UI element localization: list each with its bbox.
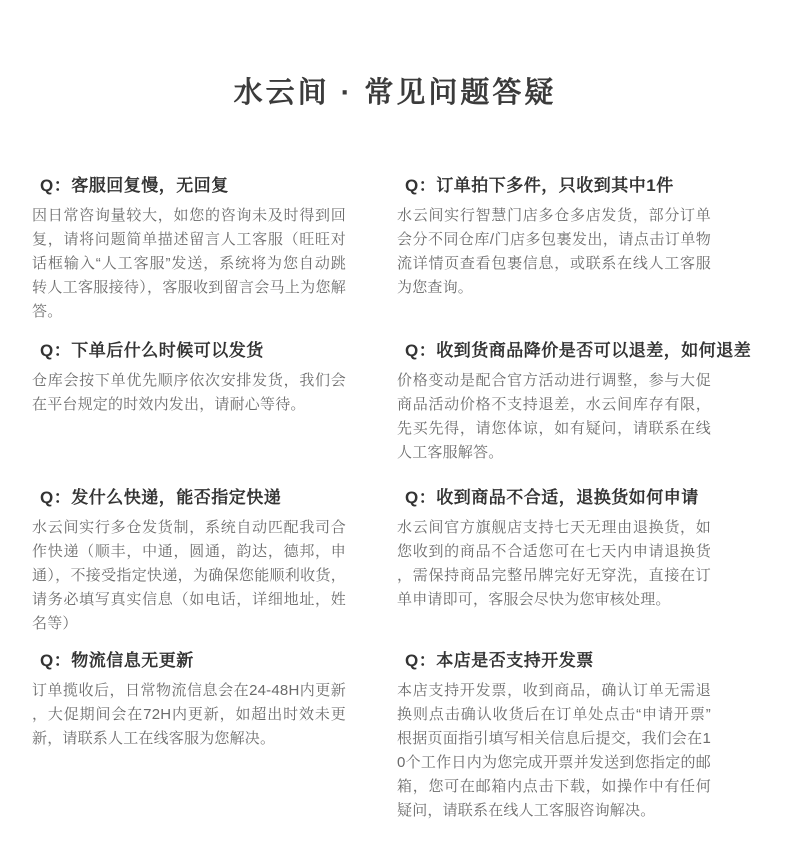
faq-question: Q：收到商品不合适，退换货如何申请	[397, 486, 711, 510]
faq-question-text: 客服回复慢，无回复	[71, 176, 229, 195]
page-title: 水云间 · 常见问题答疑	[0, 76, 790, 110]
q-prefix: Q：	[40, 488, 71, 507]
faq-grid: Q：客服回复慢，无回复 因日常咨询量较大，如您的咨询未及时得到回复，请将问题简单…	[32, 174, 790, 823]
faq-question-text: 本店是否支持开发票	[436, 651, 594, 670]
faq-question-text: 收到商品不合适，退换货如何申请	[436, 488, 699, 507]
faq-answer: 价格变动是配合官方活动进行调整，参与大促商品活动价格不支持退差，水云间库存有限，…	[397, 369, 711, 465]
faq-item-price-drop-refund: Q：收到货商品降价是否可以退差，如何退差 价格变动是配合官方活动进行调整，参与大…	[397, 339, 711, 465]
faq-question: Q：收到货商品降价是否可以退差，如何退差	[397, 339, 711, 363]
faq-answer: 仓库会按下单优先顺序依次安排发货，我们会在平台规定的时效内发出，请耐心等待。	[32, 369, 346, 417]
q-prefix: Q：	[405, 651, 436, 670]
faq-question: Q：发什么快递，能否指定快递	[32, 486, 346, 510]
faq-item-shipping-time: Q：下单后什么时候可以发货 仓库会按下单优先顺序依次安排发货，我们会在平台规定的…	[32, 339, 346, 417]
faq-item-return-exchange: Q：收到商品不合适，退换货如何申请 水云间官方旗舰店支持七天无理由退换货，如您收…	[397, 486, 711, 612]
faq-question-text: 收到货商品降价是否可以退差，如何退差	[436, 341, 751, 360]
q-prefix: Q：	[40, 651, 71, 670]
faq-question-text: 物流信息无更新	[71, 651, 194, 670]
faq-question: Q：客服回复慢，无回复	[32, 174, 346, 198]
faq-answer: 本店支持开发票，收到商品，确认订单无需退换则点击确认收货后在订单处点击“申请开票…	[397, 679, 711, 823]
faq-item-invoice: Q：本店是否支持开发票 本店支持开发票，收到商品，确认订单无需退换则点击确认收货…	[397, 649, 711, 823]
faq-question-text: 发什么快递，能否指定快递	[71, 488, 281, 507]
q-prefix: Q：	[40, 176, 71, 195]
faq-question: Q：下单后什么时候可以发货	[32, 339, 346, 363]
faq-question: Q：本店是否支持开发票	[397, 649, 711, 673]
faq-question: Q：物流信息无更新	[32, 649, 346, 673]
faq-answer: 水云间实行智慧门店多仓多店发货，部分订单会分不同仓库/门店多包裹发出，请点击订单…	[397, 204, 711, 300]
faq-answer: 水云间官方旗舰店支持七天无理由退换货，如您收到的商品不合适您可在七天内申请退换货…	[397, 516, 711, 612]
faq-question-text: 下单后什么时候可以发货	[71, 341, 264, 360]
faq-question-text: 订单拍下多件，只收到其中1件	[436, 176, 673, 195]
q-prefix: Q：	[405, 341, 436, 360]
faq-answer: 水云间实行多仓发货制，系统自动匹配我司合作快递（顺丰，中通，圆通，韵达，德邦，申…	[32, 516, 346, 636]
faq-item-logistics-no-update: Q：物流信息无更新 订单揽收后，日常物流信息会在24-48H内更新，大促期间会在…	[32, 649, 346, 751]
q-prefix: Q：	[405, 176, 436, 195]
q-prefix: Q：	[405, 488, 436, 507]
faq-answer: 订单揽收后，日常物流信息会在24-48H内更新，大促期间会在72H内更新，如超出…	[32, 679, 346, 751]
faq-answer: 因日常咨询量较大，如您的咨询未及时得到回复，请将问题简单描述留言人工客服（旺旺对…	[32, 204, 346, 324]
q-prefix: Q：	[40, 341, 71, 360]
faq-item-partial-package: Q：订单拍下多件，只收到其中1件 水云间实行智慧门店多仓多店发货，部分订单会分不…	[397, 174, 711, 300]
faq-item-slow-reply: Q：客服回复慢，无回复 因日常咨询量较大，如您的咨询未及时得到回复，请将问题简单…	[32, 174, 346, 324]
faq-question: Q：订单拍下多件，只收到其中1件	[397, 174, 711, 198]
faq-item-courier-choice: Q：发什么快递，能否指定快递 水云间实行多仓发货制，系统自动匹配我司合作快递（顺…	[32, 486, 346, 636]
